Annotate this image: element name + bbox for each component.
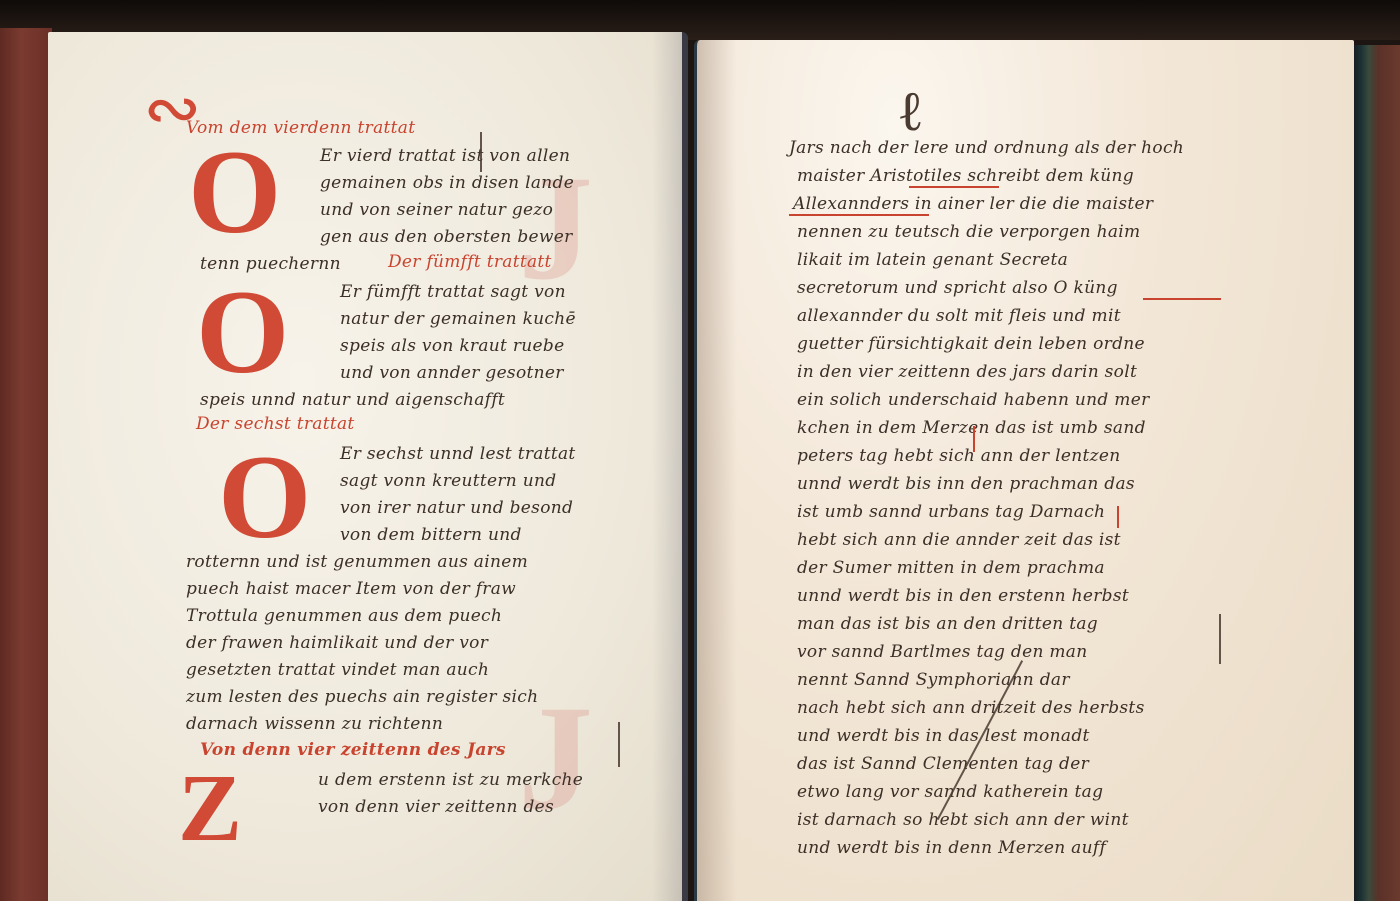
left-page: J J ∾ Vom dem vierdenn trattat O Er vier… bbox=[48, 32, 688, 901]
rubric-stroke bbox=[1117, 506, 1119, 528]
text-line: rotternn und ist genummen aus ainem bbox=[186, 552, 528, 572]
gutter-shadow bbox=[697, 40, 737, 901]
text-line: zum lesten des puechs ain register sich bbox=[186, 687, 538, 707]
text-line: ist darnach so hebt sich ann der wint bbox=[797, 810, 1129, 830]
text-line: der frawen haimlikait und der vor bbox=[186, 633, 488, 653]
text-line: unnd werdt bis in den erstenn herbst bbox=[797, 586, 1129, 606]
decorated-initial-z: Z bbox=[178, 760, 242, 856]
text-line: gen aus den obersten bewer bbox=[320, 227, 573, 247]
rubric-underline bbox=[1143, 298, 1221, 300]
text-line: guetter fürsichtigkait dein leben ordne bbox=[797, 334, 1145, 354]
section-heading-5: Der fümfft trattatt bbox=[388, 252, 552, 272]
decorated-initial-o: O bbox=[196, 272, 289, 392]
text-line: ist umb sannd urbans tag Darnach bbox=[797, 502, 1105, 522]
ascender-stroke bbox=[1219, 614, 1221, 664]
ascender-stroke bbox=[480, 132, 482, 172]
text-line: der Sumer mitten in dem prachma bbox=[797, 558, 1105, 578]
text-line: das ist Sannd Clementen tag der bbox=[797, 754, 1089, 774]
text-line: Er fümfft trattat sagt von bbox=[340, 282, 566, 302]
rubric-underline bbox=[909, 186, 999, 188]
text-line: und werdt bis in das lest monadt bbox=[797, 726, 1090, 746]
gutter-shadow bbox=[652, 32, 682, 901]
text-line: likait im latein genant Secreta bbox=[797, 250, 1068, 270]
right-page: ℓ Jars nach der lere und ordnung als der… bbox=[694, 40, 1354, 901]
text-line: Er vierd trattat ist von allen bbox=[320, 146, 570, 166]
text-line: speis unnd natur und aigenschafft bbox=[200, 390, 505, 410]
text-line: und von seiner natur gezo bbox=[320, 200, 553, 220]
book-cover-right bbox=[1352, 45, 1400, 901]
text-line: hebt sich ann die annder zeit das ist bbox=[797, 530, 1121, 550]
text-line: von denn vier zeittenn des bbox=[318, 797, 554, 817]
text-line: nennt Sannd Symphoriann dar bbox=[797, 670, 1070, 690]
section-heading-seasons: Von denn vier zeittenn des Jars bbox=[200, 740, 506, 760]
text-line: gesetzten trattat vindet man auch bbox=[186, 660, 489, 680]
text-line: Er sechst unnd lest trattat bbox=[340, 444, 576, 464]
text-line: und werdt bis in denn Merzen auff bbox=[797, 838, 1106, 858]
text-line: peters tag hebt sich ann der lentzen bbox=[797, 446, 1120, 466]
text-line: nennen zu teutsch die verporgen haim bbox=[797, 222, 1140, 242]
rubric-underline bbox=[789, 214, 929, 216]
text-line: kchen in dem Merzen das ist umb sand bbox=[797, 418, 1146, 438]
decorated-initial-o: O bbox=[218, 437, 311, 557]
text-line: vor sannd Bartlmes tag den man bbox=[797, 642, 1088, 662]
text-line: man das ist bis an den dritten tag bbox=[797, 614, 1098, 634]
text-line: gemainen obs in disen lande bbox=[320, 173, 574, 193]
text-line: sagt vonn kreuttern und bbox=[340, 471, 556, 491]
text-line: allexannder du solt mit fleis und mit bbox=[797, 306, 1121, 326]
text-line: puech haist macer Item von der fraw bbox=[186, 579, 516, 599]
text-line: secretorum und spricht also O küng bbox=[797, 278, 1118, 298]
flourish-ornament: ℓ bbox=[897, 80, 924, 144]
book-cover-left bbox=[0, 28, 52, 901]
text-line: und von annder gesotner bbox=[340, 363, 564, 383]
text-line: unnd werdt bis inn den prachman das bbox=[797, 474, 1135, 494]
rubric-stroke bbox=[973, 426, 975, 452]
text-line: Jars nach der lere und ordnung als der h… bbox=[789, 138, 1184, 158]
text-line: nach hebt sich ann dritzeit des herbsts bbox=[797, 698, 1145, 718]
text-line: u dem erstenn ist zu merkche bbox=[318, 770, 583, 790]
text-line: von irer natur und besond bbox=[340, 498, 573, 518]
text-line: Allexannders in ainer ler die die maiste… bbox=[793, 194, 1153, 214]
text-line: von dem bittern und bbox=[340, 525, 522, 545]
text-line: ein solich underschaid habenn und mer bbox=[797, 390, 1150, 410]
text-line: darnach wissenn zu richtenn bbox=[186, 714, 443, 734]
text-line: maister Aristotiles schreibt dem küng bbox=[797, 166, 1134, 186]
text-line: Trottula genummen aus dem puech bbox=[186, 606, 502, 626]
ascender-stroke bbox=[618, 722, 620, 767]
decorated-initial-o: O bbox=[188, 132, 281, 252]
text-line: speis als von kraut ruebe bbox=[340, 336, 564, 356]
text-line: natur der gemainen kuchē bbox=[340, 309, 576, 329]
text-line: in den vier zeittenn des jars darin solt bbox=[797, 362, 1137, 382]
